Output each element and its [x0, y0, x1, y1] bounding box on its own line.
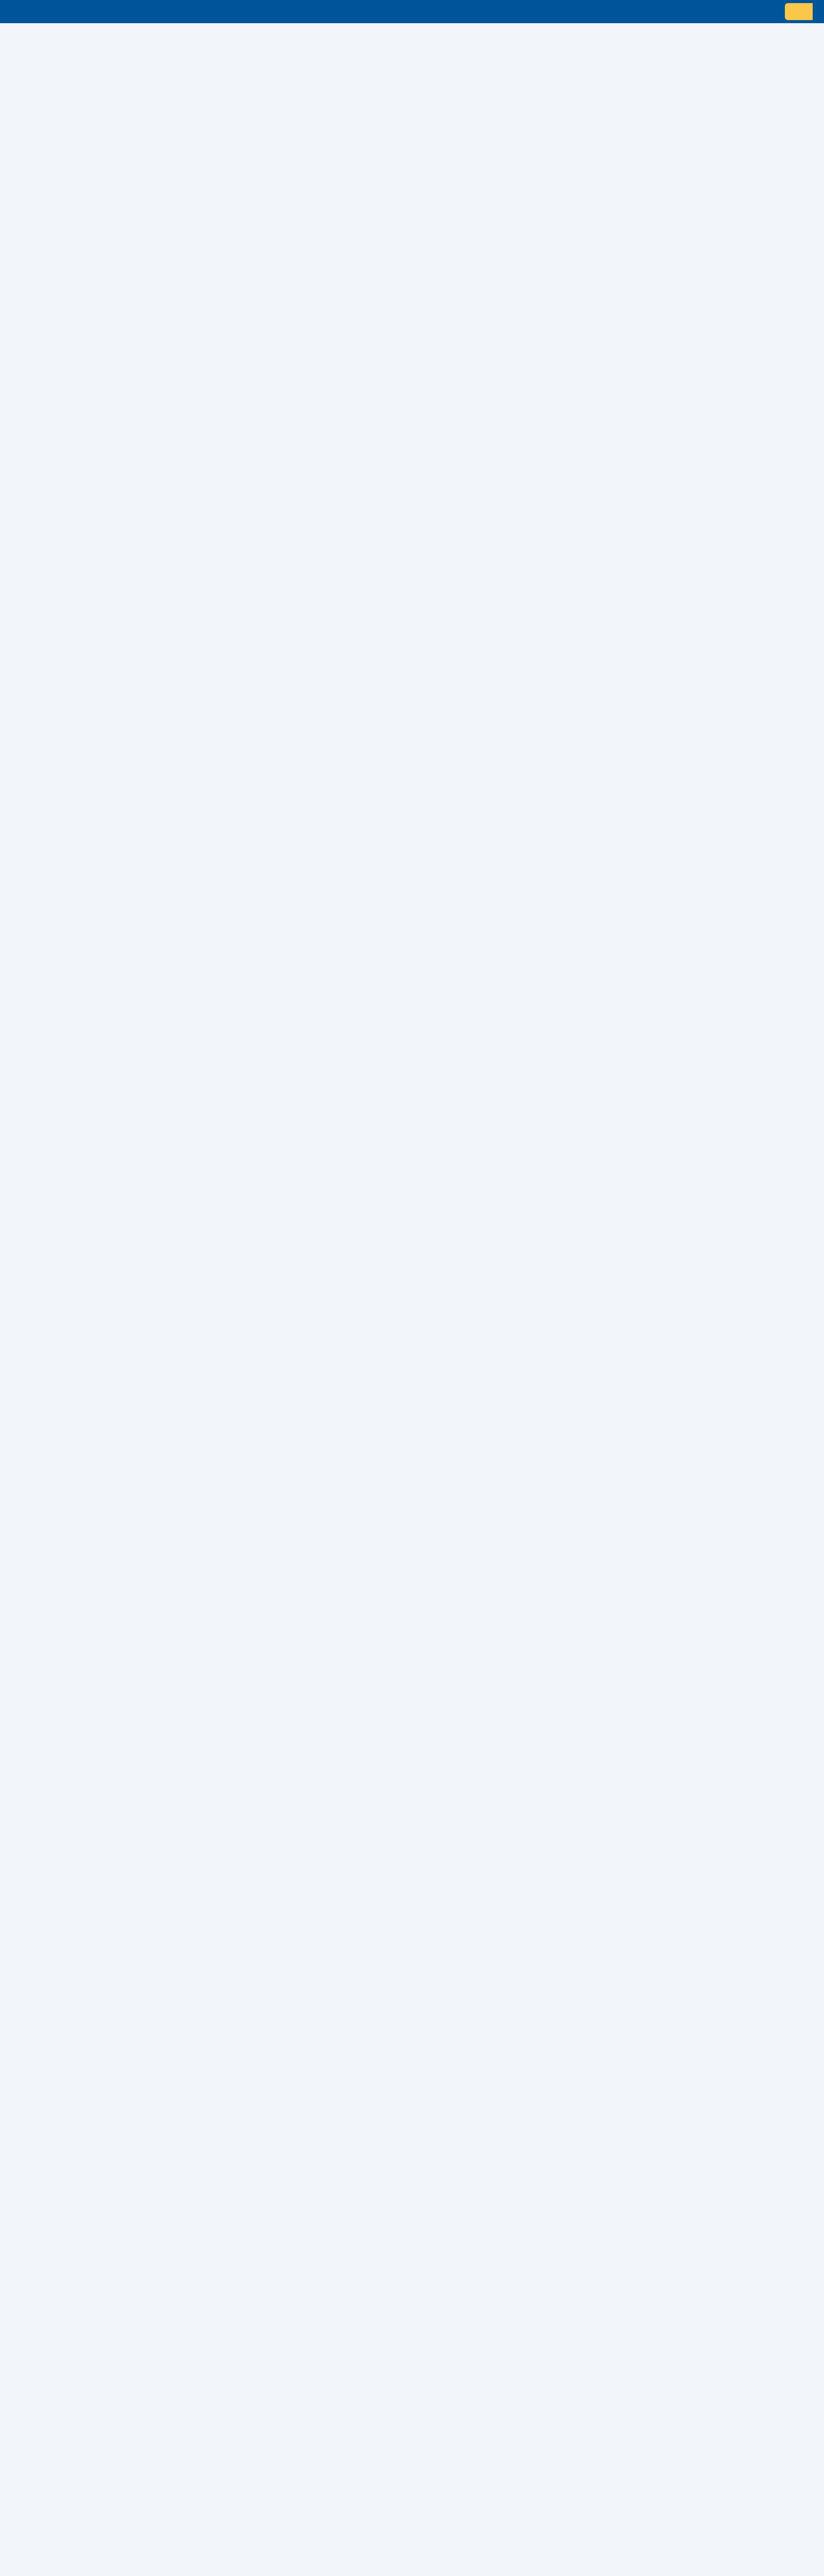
top-bar — [0, 0, 824, 23]
elder-mode-button[interactable] — [785, 3, 813, 20]
